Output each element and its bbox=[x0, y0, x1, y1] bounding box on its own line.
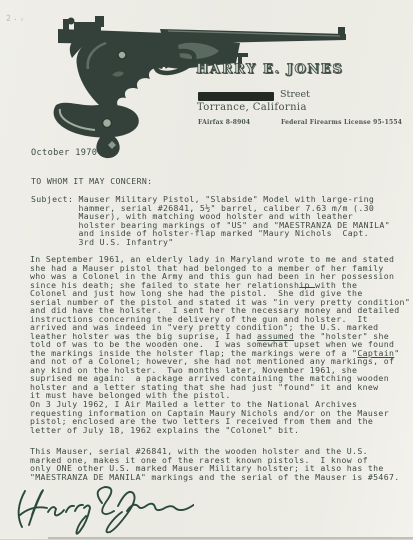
paragraph-text: " and not of a Colonel; however, she had… bbox=[30, 348, 400, 401]
body-paragraph-2: On 3 July 1962, I Air Mailed a letter to… bbox=[30, 400, 389, 434]
license-number: Federal Firearms License 95-1554 bbox=[281, 119, 402, 126]
pencil-corner-mark: 2., bbox=[6, 12, 27, 22]
subject-block: Subject: Mauser Military Pistol, "Slabsi… bbox=[31, 195, 390, 246]
date-line: October 1970 bbox=[31, 149, 97, 158]
pistol-photo bbox=[50, 13, 350, 159]
city-line: Torrance, California bbox=[197, 102, 307, 113]
phone-number: FAirfax 8-8904 bbox=[198, 119, 250, 126]
street-label: Street bbox=[280, 89, 310, 100]
address-redaction-bar bbox=[198, 92, 274, 101]
letterhead-name: HARRY E. JONES bbox=[196, 62, 343, 77]
body-paragraph-1: In September 1961, an elderly lady in Ma… bbox=[30, 255, 410, 400]
body-paragraph-3: This Mauser, serial #26841, with the woo… bbox=[30, 447, 400, 481]
signature-image bbox=[14, 481, 194, 539]
salutation: TO WHOM IT MAY CONCERN: bbox=[31, 177, 152, 186]
scanned-letter-page: 2., bbox=[0, 0, 413, 540]
